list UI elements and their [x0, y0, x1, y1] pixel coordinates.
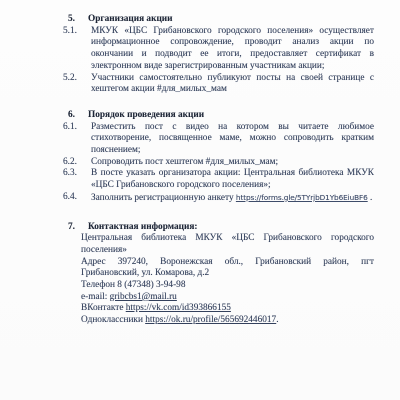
ok-label: Одноклассники — [81, 315, 145, 325]
registration-suffix: . — [368, 193, 373, 203]
vk-link[interactable]: https://vk.com/id393866155 — [126, 303, 231, 313]
list-item: 5.1. МКУК «ЦБС Грибановского городского … — [63, 26, 374, 73]
vk-line: ВКонтакте https://vk.com/id393866155 — [81, 303, 374, 315]
email-link[interactable]: gribcbs1@mail.ru — [110, 292, 177, 302]
list-item-text: Участники самостоятельно публикуют посты… — [91, 73, 374, 96]
list-item-text: Сопроводить пост хештегом #для_милых_мам… — [91, 157, 374, 169]
list-item: 6.4. Заполнить регистрационную анкету ht… — [63, 192, 374, 205]
address-line: Адрес 397240, Воронежская обл., Грибанов… — [81, 257, 374, 280]
list-item-number: 6.2. — [63, 157, 91, 169]
section-heading: 5. Организация акции — [63, 14, 374, 26]
list-item-text: В посте указать организатора акции: Цент… — [91, 168, 374, 191]
registration-form-link[interactable]: https://forms.gle/5TYrjbD1Yb6EiuBF6 — [236, 193, 368, 202]
list-item-number: 6.3. — [63, 168, 91, 191]
organization-name: Центральная библиотека МКУК «ЦБС Грибано… — [81, 233, 374, 256]
contact-body: Центральная библиотека МКУК «ЦБС Грибано… — [63, 233, 374, 327]
list-item: 6.1. Разместить пост с видео на котором … — [63, 122, 374, 157]
list-item-number: 6.1. — [63, 122, 91, 157]
section-heading: 7. Контактная информация: — [63, 222, 374, 234]
registration-text: Заполнить регистрационную анкету — [91, 193, 236, 203]
phone-line: Телефон 8 (47348) 3-94-98 — [81, 280, 374, 292]
section-organization: 5. Организация акции 5.1. МКУК «ЦБС Гриб… — [63, 14, 374, 96]
vk-label: ВКонтакте — [81, 303, 126, 313]
ok-suffix: . — [276, 315, 278, 325]
ok-line: Одноклассники https://ok.ru/profile/5656… — [81, 315, 374, 327]
list-item-number: 6.4. — [63, 192, 91, 205]
list-item: 6.3. В посте указать организатора акции:… — [63, 168, 374, 191]
list-item-text: МКУК «ЦБС Грибановского городского посел… — [91, 26, 374, 73]
section-heading: 6. Порядок проведения акции — [63, 110, 374, 122]
section-contacts: 7. Контактная информация: Центральная би… — [63, 222, 374, 327]
section-number: 6. — [63, 110, 88, 122]
ok-link[interactable]: https://ok.ru/profile/565692446017 — [145, 315, 276, 325]
section-title: Порядок проведения акции — [88, 110, 374, 122]
list-item-text: Разместить пост с видео на котором вы чи… — [91, 122, 374, 157]
list-item-number: 5.1. — [63, 26, 91, 73]
section-number: 7. — [63, 222, 88, 234]
list-item-text: Заполнить регистрационную анкету https:/… — [91, 192, 374, 205]
email-label: e-mail: — [81, 292, 110, 302]
section-title: Контактная информация: — [88, 222, 374, 234]
document-page: 5. Организация акции 5.1. МКУК «ЦБС Гриб… — [0, 0, 400, 400]
section-number: 5. — [63, 14, 88, 26]
list-item: 6.2. Сопроводить пост хештегом #для_милы… — [63, 157, 374, 169]
section-procedure: 6. Порядок проведения акции 6.1. Размест… — [63, 110, 374, 205]
list-item-number: 5.2. — [63, 73, 91, 96]
email-line: e-mail: gribcbs1@mail.ru — [81, 292, 374, 304]
section-title: Организация акции — [88, 14, 374, 26]
list-item: 5.2. Участники самостоятельно публикуют … — [63, 73, 374, 96]
